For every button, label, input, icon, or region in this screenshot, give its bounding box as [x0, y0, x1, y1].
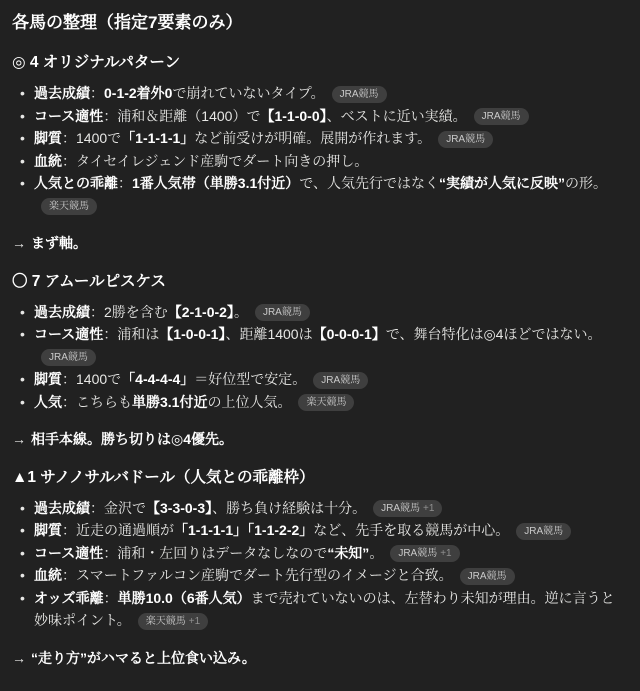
bullet-text: など前受けが明確。展開が作れます。 [194, 130, 431, 146]
bullet-text: の上位人気。 [207, 394, 291, 410]
citation-badge[interactable]: JRA競馬 [438, 131, 493, 148]
bullet-text: など、先手を取る競馬が中心。 [313, 522, 509, 538]
horse-section: 〇 7 アムールピスケス過去成績：2勝を含む【2-1-0-2】。JRA競馬コース… [12, 271, 624, 451]
list-item: 人気：こちらも単勝3.1付近の上位人気。楽天競馬 [34, 391, 624, 414]
page-title: 各馬の整理（指定7要素のみ） [12, 10, 624, 36]
bullet-text: 「4-4-4-4」 [121, 371, 194, 387]
citation-badge-label: JRA競馬 [321, 375, 360, 386]
citation-badge-label: JRA競馬 [398, 548, 437, 559]
citation-badge[interactable]: 楽天競馬 [41, 198, 97, 215]
bullet-text: “未知” [327, 545, 369, 561]
list-item: オッズ乖離：単勝10.0（6番人気）まで売れていないのは、左替わり未知が理由。逆… [34, 587, 624, 632]
citation-badge[interactable]: 楽天競馬 [298, 394, 354, 411]
arrow-icon: → [12, 650, 26, 666]
bullet-list: 過去成績：0-1-2着外0で崩れていないタイプ。JRA競馬コース適性：浦和＆距離… [12, 82, 624, 217]
bullet-text: ： [104, 590, 118, 606]
bullet-text: ：1400で [62, 371, 121, 387]
bullet-text: 脚質 [34, 371, 62, 387]
bullet-text: 【0-0-0-1】 [313, 326, 386, 342]
list-item: 過去成績：金沢で【3-3-0-3】、勝ち負け経験は十分。JRA競馬+1 [34, 497, 624, 520]
list-item: 過去成績：0-1-2着外0で崩れていないタイプ。JRA競馬 [34, 82, 624, 105]
bullet-text: ：タイセイレジェンド産駒でダート向きの押し。 [62, 153, 368, 169]
citation-badge[interactable]: JRA競馬+1 [373, 500, 442, 517]
arrow-icon: → [12, 235, 26, 251]
citation-badge[interactable]: JRA競馬 [255, 304, 310, 321]
conclusion-text: “走り方”がハマると上位食い込み。 [31, 650, 256, 666]
bullet-text: ：金沢で [90, 500, 146, 516]
bullet-text: で崩れていないタイプ。 [172, 85, 324, 101]
bullet-text: ： [118, 175, 132, 191]
bullet-text: 過去成績 [34, 85, 90, 101]
citation-badge[interactable]: JRA競馬+1 [390, 545, 459, 562]
bullet-text: ：浦和は [103, 326, 159, 342]
horse-heading: ◎ 4 オリジナルパターン [12, 52, 624, 74]
bullet-text: 【3-3-0-3】 [146, 500, 212, 516]
citation-badge-label: JRA競馬 [49, 352, 88, 363]
bullet-text: 【1-1-0-0】 [260, 108, 326, 124]
bullet-text: ：浦和＆距離（1400）で [103, 108, 260, 124]
bullet-text: 単勝10.0（6番人気） [118, 590, 251, 606]
bullet-list: 過去成績：2勝を含む【2-1-0-2】。JRA競馬コース適性：浦和は【1-0-0… [12, 301, 624, 414]
citation-badge-extra: +1 [440, 548, 451, 559]
citation-badge[interactable]: JRA競馬 [516, 523, 571, 540]
citation-badge-label: JRA競馬 [263, 307, 302, 318]
bullet-text: 0-1-2着外0 [104, 85, 172, 101]
bullet-text: 「1-1-1-1」 [121, 130, 194, 146]
conclusion-text: 相手本線。勝ち切りは◎4優先。 [31, 431, 233, 447]
horse-heading: 〇 7 アムールピスケス [12, 271, 624, 293]
bullet-text: コース適性 [34, 545, 103, 561]
list-item: 脚質：1400で「4-4-4-4」＝好位型で安定。JRA競馬 [34, 368, 624, 391]
bullet-text: 1番人気帯（単勝3.1付近） [132, 175, 299, 191]
bullet-text: 脚質 [34, 522, 62, 538]
bullet-text: 、ベストに近い実績。 [327, 108, 467, 124]
chat-response: 各馬の整理（指定7要素のみ） ◎ 4 オリジナルパターン過去成績：0-1-2着外… [0, 0, 640, 691]
citation-badge-extra: +1 [423, 503, 434, 514]
bullet-text: 。 [369, 545, 383, 561]
bullet-text: 。 [234, 304, 248, 320]
bullet-text: 過去成績 [34, 500, 90, 516]
bullet-text: 、距離1400は [225, 326, 312, 342]
list-item: コース適性：浦和＆距離（1400）で【1-1-0-0】、ベストに近い実績。JRA… [34, 105, 624, 128]
citation-badge-label: JRA競馬 [524, 526, 563, 537]
citation-badge-label: JRA競馬 [381, 503, 420, 514]
bullet-text: 【2-1-0-2】 [168, 304, 234, 320]
horse-section: ◎ 4 オリジナルパターン過去成績：0-1-2着外0で崩れていないタイプ。JRA… [12, 52, 624, 255]
list-item: 脚質：1400で「1-1-1-1」など前受けが明確。展開が作れます。JRA競馬 [34, 127, 624, 150]
citation-badge-label: 楽天競馬 [306, 397, 346, 408]
citation-badge[interactable]: JRA競馬 [474, 108, 529, 125]
bullet-text: 過去成績 [34, 304, 90, 320]
citation-badge[interactable]: JRA競馬 [332, 86, 387, 103]
citation-badge-label: JRA競馬 [340, 89, 379, 100]
list-item: 血統：スマートファルコン産駒でダート先行型のイメージと合致。JRA競馬 [34, 564, 624, 587]
bullet-text: 血統 [34, 153, 62, 169]
citation-badge[interactable]: JRA競馬 [41, 349, 96, 366]
horse-section: ▲1 サノノサルバドール（人気との乖離枠）過去成績：金沢で【3-3-0-3】、勝… [12, 467, 624, 670]
conclusion-text: まず軸。 [31, 235, 87, 251]
bullet-text: 人気 [34, 394, 62, 410]
bullet-text: オッズ乖離 [34, 590, 104, 606]
citation-badge[interactable]: 楽天競馬+1 [138, 613, 208, 630]
list-item: 血統：タイセイレジェンド産駒でダート向きの押し。 [34, 150, 624, 173]
bullet-text: 脚質 [34, 130, 62, 146]
citation-badge[interactable]: JRA競馬 [460, 568, 515, 585]
bullet-text: ：スマートファルコン産駒でダート先行型のイメージと合致。 [62, 567, 453, 583]
conclusion-line: →まず軸。 [12, 232, 624, 255]
citation-badge[interactable]: JRA競馬 [313, 372, 368, 389]
bullet-text: “実績が人気に反映” [439, 175, 565, 191]
bullet-text: で、人気先行ではなく [299, 175, 439, 191]
arrow-icon: → [12, 431, 26, 447]
citation-badge-extra: +1 [189, 616, 200, 627]
bullet-text: 「1-1-1-1」「1-1-2-2」 [174, 522, 313, 538]
citation-badge-label: JRA競馬 [482, 111, 521, 122]
list-item: コース適性：浦和は【1-0-0-1】、距離1400は【0-0-0-1】で、舞台特… [34, 323, 624, 368]
bullet-text: ：浦和・左回りはデータなしなので [103, 545, 327, 561]
bullet-text: ：1400で [62, 130, 121, 146]
bullet-text: ： [90, 85, 104, 101]
bullet-text: コース適性 [34, 326, 103, 342]
conclusion-line: →“走り方”がハマると上位食い込み。 [12, 647, 624, 670]
bullet-text: 【1-0-0-1】 [159, 326, 225, 342]
list-item: 人気との乖離：1番人気帯（単勝3.1付近）で、人気先行ではなく“実績が人気に反映… [34, 172, 624, 217]
bullet-text: ：2勝を含む [90, 304, 168, 320]
bullet-text: 血統 [34, 567, 62, 583]
citation-badge-label: 楽天競馬 [146, 616, 186, 627]
bullet-text: 単勝3.1付近 [132, 394, 207, 410]
horse-heading: ▲1 サノノサルバドール（人気との乖離枠） [12, 467, 624, 489]
bullet-text: 人気との乖離 [34, 175, 118, 191]
conclusion-line: →相手本線。勝ち切りは◎4優先。 [12, 428, 624, 451]
bullet-list: 過去成績：金沢で【3-3-0-3】、勝ち負け経験は十分。JRA競馬+1脚質：近走… [12, 497, 624, 632]
bullet-text: で、舞台特化は◎4ほどではない。 [386, 326, 602, 342]
bullet-text: コース適性 [34, 108, 103, 124]
bullet-text: ＝好位型で安定。 [194, 371, 306, 387]
list-item: コース適性：浦和・左回りはデータなしなので“未知”。JRA競馬+1 [34, 542, 624, 565]
citation-badge-label: 楽天競馬 [49, 201, 89, 212]
citation-badge-label: JRA競馬 [468, 571, 507, 582]
bullet-text: 、勝ち負け経験は十分。 [212, 500, 366, 516]
list-item: 脚質：近走の通過順が「1-1-1-1」「1-1-2-2」など、先手を取る競馬が中… [34, 519, 624, 542]
list-item: 過去成績：2勝を含む【2-1-0-2】。JRA競馬 [34, 301, 624, 324]
bullet-text: ：こちらも [62, 394, 132, 410]
bullet-text: ：近走の通過順が [62, 522, 174, 538]
citation-badge-label: JRA競馬 [446, 134, 485, 145]
bullet-text: の形。 [565, 175, 607, 191]
sections: ◎ 4 オリジナルパターン過去成績：0-1-2着外0で崩れていないタイプ。JRA… [12, 52, 624, 669]
